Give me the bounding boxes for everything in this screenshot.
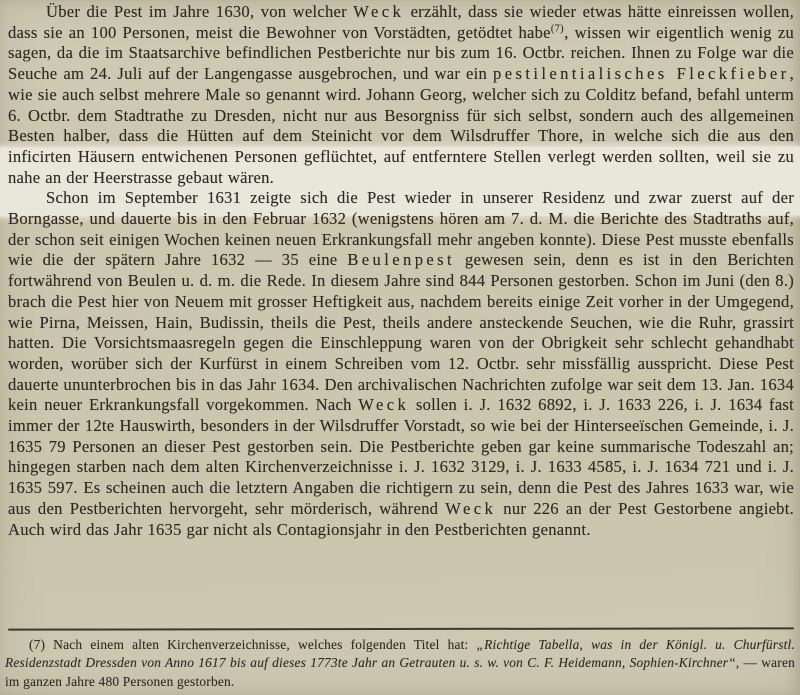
text-segment: gewesen sein, denn es ist in den Bericht… (8, 250, 794, 414)
text-segment: Über die Pest im Jahre 1630, von welcher (46, 2, 353, 21)
footnote-reference-marker: (7) (551, 23, 564, 34)
paragraph-pest-1631: Schon im September 1631 zeigte sich die … (8, 188, 794, 540)
text-segment: Weck (445, 499, 496, 518)
text-segment: Weck (358, 395, 409, 414)
scanned-book-page: Über die Pest im Jahre 1630, von welcher… (0, 0, 800, 695)
text-segment: (7) Nach einem alten Kirchenverzeichniss… (29, 637, 477, 652)
footnote-text: (7) Nach einem alten Kirchenverzeichniss… (5, 636, 795, 691)
footnote: (7) Nach einem alten Kirchenverzeichniss… (5, 636, 795, 691)
footnote-divider-rule (8, 627, 794, 630)
paragraph-pest-1630: Über die Pest im Jahre 1630, von welcher… (8, 2, 794, 188)
text-segment: Beulenpest (347, 250, 455, 269)
text-segment: pestilentialisches Fleckfieber (493, 64, 790, 83)
body-text: Über die Pest im Jahre 1630, von welcher… (8, 2, 794, 540)
text-segment: Weck (353, 2, 404, 21)
